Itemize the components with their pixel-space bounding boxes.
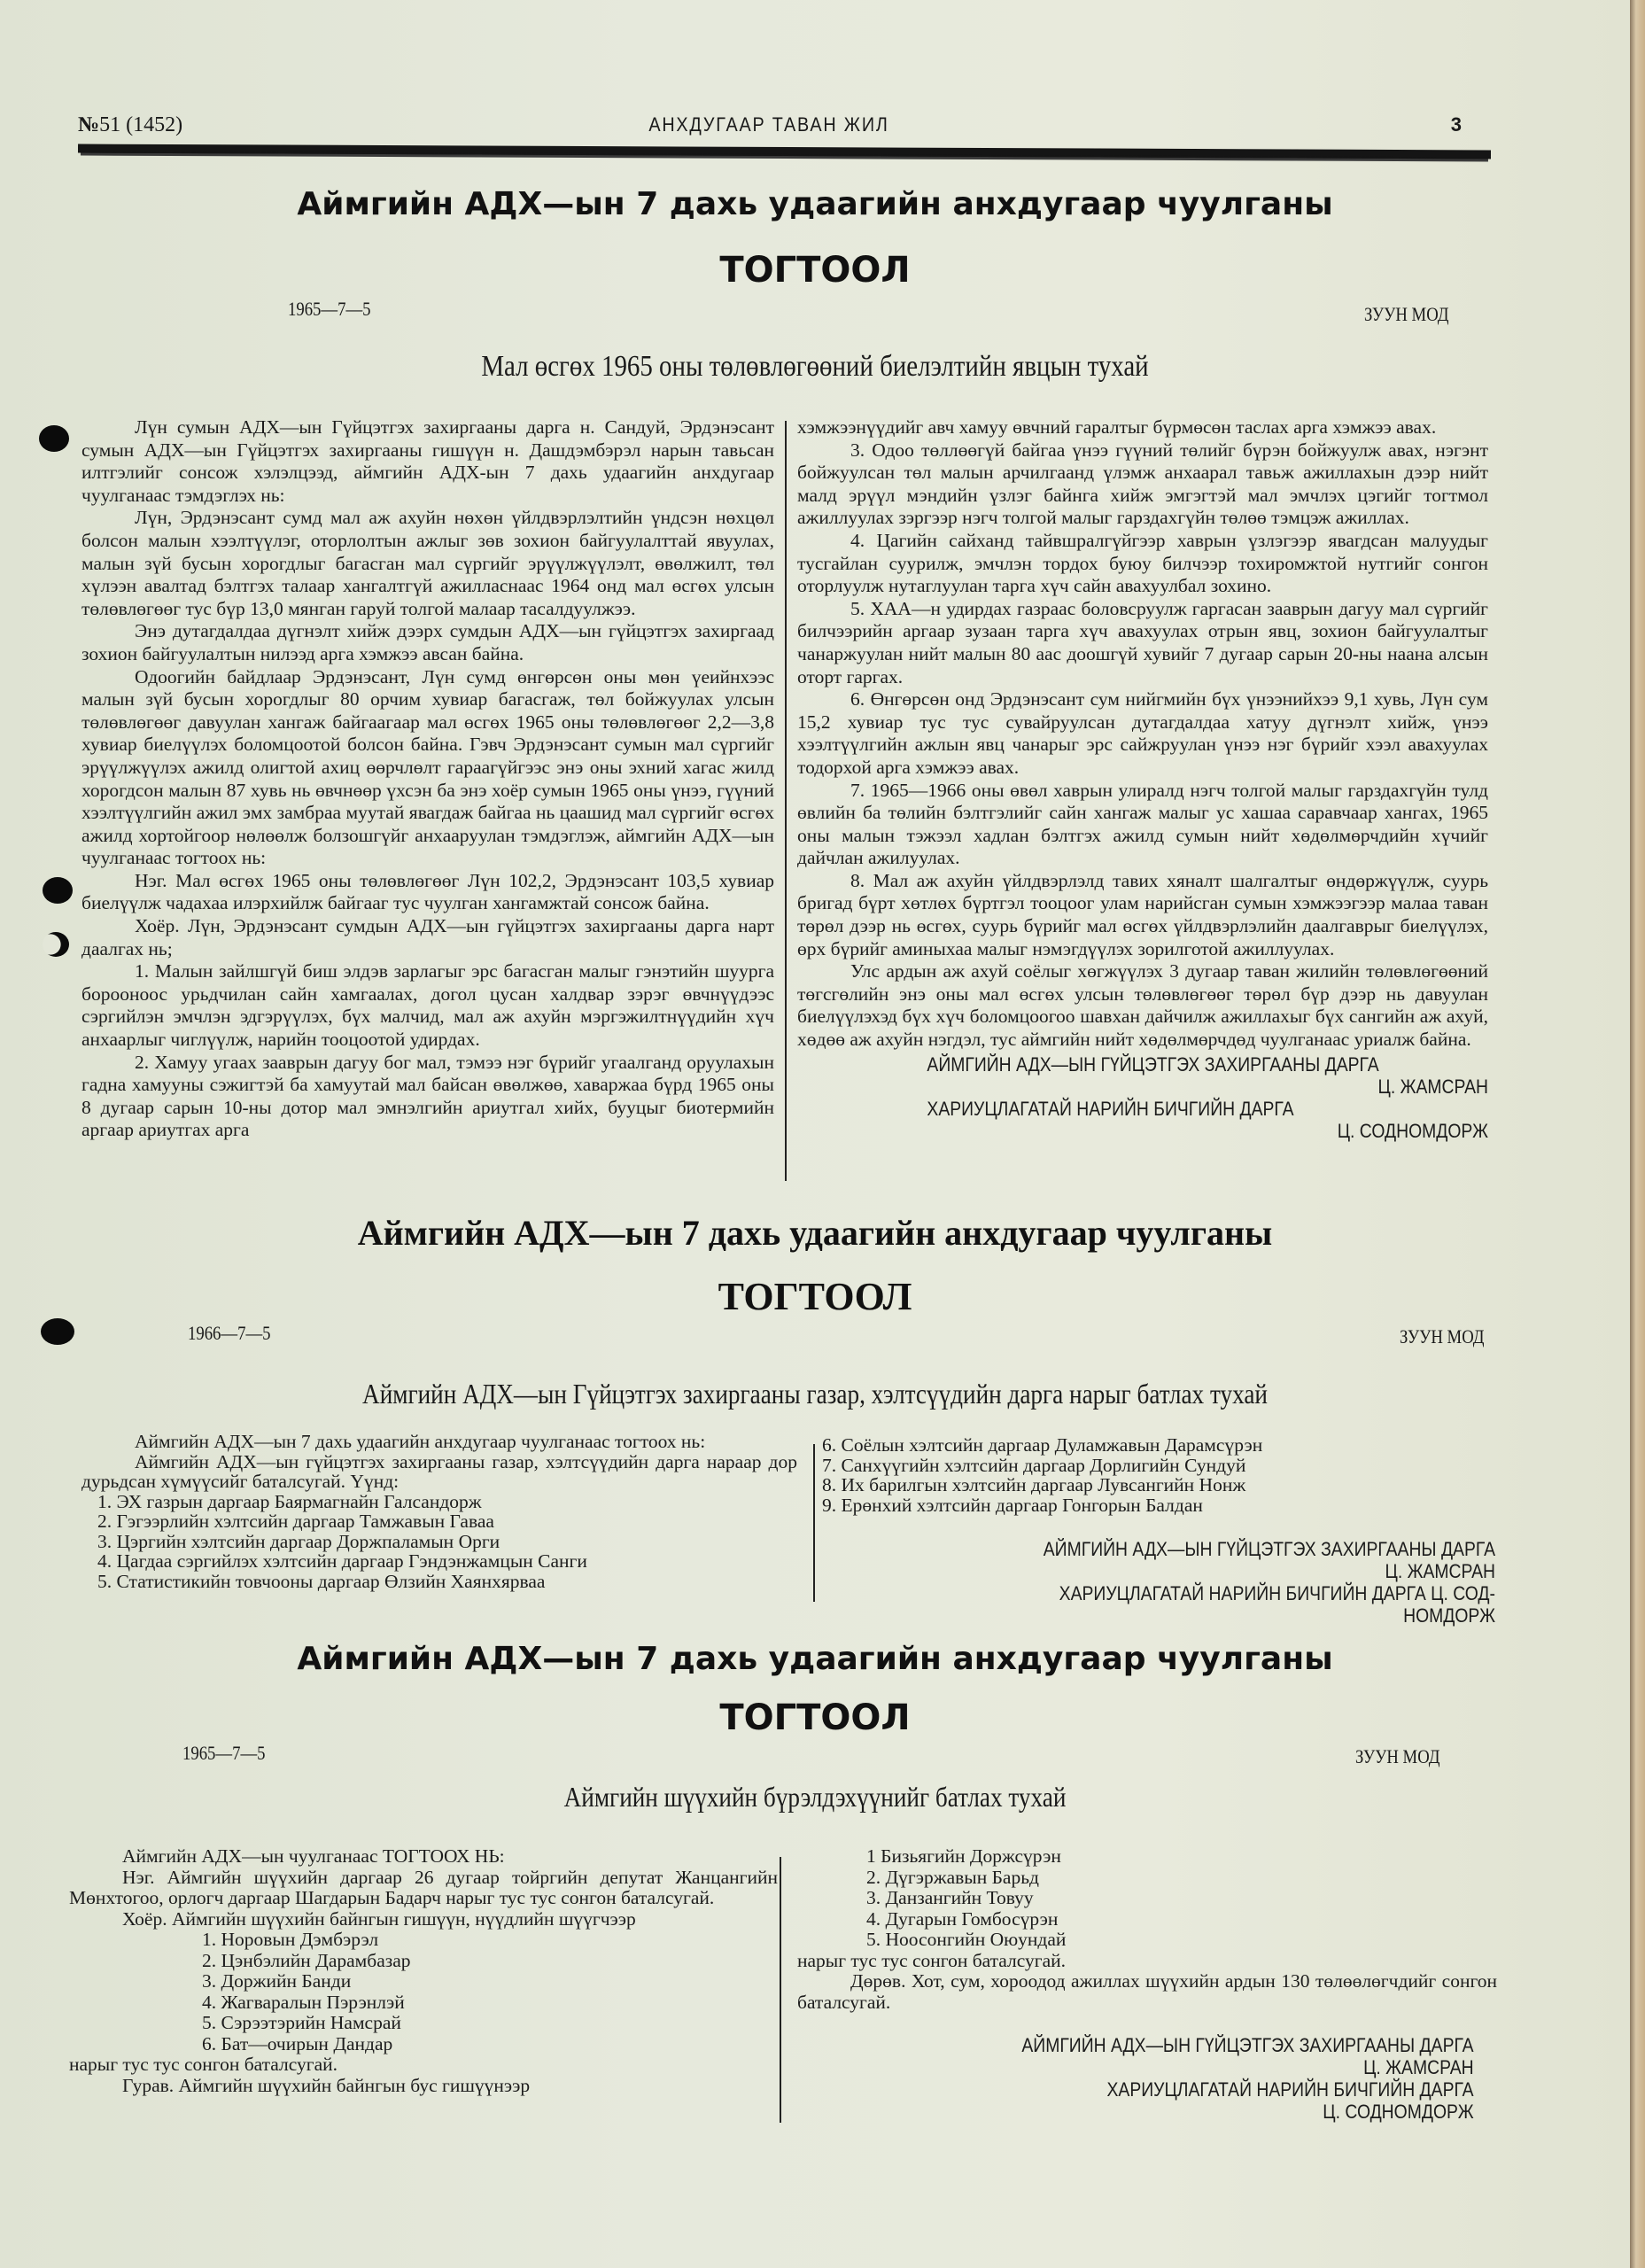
right-column: хэмжээнүүдийг авч хамуу өвчний гаралтыг … <box>797 416 1488 1142</box>
member-item: 6. Бат—очирын Дандар <box>69 2034 778 2055</box>
right-column: 6. Соёлын хэлтсийн даргаар Дуламжавын Да… <box>822 1435 1495 1627</box>
member-item: 2. Дүгэржавын Барьд <box>797 1868 1497 1889</box>
signatory-name: НОМДОРЖ <box>903 1604 1495 1627</box>
newspaper-title: АНХДУГААР ТАВАН ЖИЛ <box>147 113 1391 136</box>
paragraph: Хоёр. Лүн, Эрдэнэсант сумдын АДХ—ын гүйц… <box>81 915 774 960</box>
resolution-date: 1965—7—5 <box>288 298 371 321</box>
paragraph: Аймгийн АДХ—ын 7 дахь удаагийн анхдугаар… <box>81 1432 797 1452</box>
paragraph: Аймгийн АДХ—ын гүйцэтгэх захиргааны газа… <box>81 1452 797 1492</box>
binding-hole <box>43 877 73 904</box>
resolution-date: 1966—7—5 <box>188 1322 271 1345</box>
paragraph: Нэг. Аймгийн шүүхийн даргаар 26 дугаар т… <box>69 1868 778 1909</box>
paragraph: Гурав. Аймгийн шүүхийн байнгын бус гишүү… <box>69 2076 778 2097</box>
resolution-heading: Аймгийн АДХ—ын 7 дахь удаагийн анхдугаар… <box>0 186 1630 222</box>
paragraph: Аймгийн АДХ—ын чуулганаас ТОГТООХ НЬ: <box>69 1846 778 1868</box>
paragraph: нарыг тус тус сонгон баталсугай. <box>69 2054 778 2076</box>
resolution-type-label: ТОГТООЛ <box>0 1274 1630 1319</box>
resolution-subtitle: Мал өсгөх 1965 оны төлөвлөгөөний биелэлт… <box>122 350 1508 384</box>
left-column: Аймгийн АДХ—ын 7 дахь удаагийн анхдугаар… <box>81 1432 797 1591</box>
signatory-title: АЙМГИЙН АДХ—ЫН ГҮЙЦЭТГЭХ ЗАХИРГААНЫ ДАРГ… <box>903 1538 1495 1560</box>
resolution-heading: Аймгийн АДХ—ын 7 дахь удаагийн анхдугаар… <box>0 1212 1630 1254</box>
signatory-title: АЙМГИЙН АДХ—ЫН ГҮЙЦЭТГЭХ ЗАХИРГААНЫ ДАРГ… <box>881 2034 1474 2056</box>
paragraph: хэмжээнүүдийг авч хамуу өвчний гаралтыг … <box>797 416 1488 439</box>
paragraph: 8. Мал аж ахуйн үйлдвэрлэлд тавих хяналт… <box>797 870 1488 960</box>
appointment-item: 3. Цэргийн хэлтсийн даргаар Доржпаламын … <box>81 1532 797 1552</box>
paragraph: Нэг. Мал өсгөх 1965 оны төлөвлөгөөг Лүн … <box>81 870 774 915</box>
resolution-heading: Аймгийн АДХ—ын 7 дахь удаагийн анхдугаар… <box>0 1641 1630 1677</box>
paragraph: нарыг тус тус сонгон баталсугай. <box>797 1951 1497 1972</box>
page-edge <box>1630 0 1645 2268</box>
column-divider <box>813 1444 815 1602</box>
member-item: 4. Дугарын Гомбосүрэн <box>797 1909 1497 1930</box>
appointment-item: 2. Гэгээрлийн хэлтсийн даргаар Тамжавын … <box>81 1511 797 1532</box>
member-item: 1 Бизьягийн Доржсүрэн <box>797 1846 1497 1868</box>
member-item: 1. Норовын Дэмбэрэл <box>69 1930 778 1951</box>
resolution-date: 1965—7—5 <box>182 1742 266 1765</box>
signature-block: АЙМГИЙН АДХ—ЫН ГҮЙЦЭТГЭХ ЗАХИРГААНЫ ДАРГ… <box>903 1538 1495 1627</box>
column-divider <box>785 421 787 1181</box>
resolution-place: ЗУУН МОД <box>1355 1745 1440 1768</box>
signatory-title: АЙМГИЙН АДХ—ЫН ГҮЙЦЭТГЭХ ЗАХИРГААНЫ ДАРГ… <box>881 1053 1488 1076</box>
right-column: 1 Бизьягийн Доржсүрэн 2. Дүгэржавын Барь… <box>797 1846 1497 2123</box>
signatory-name: Ц. ЖАМСРАН <box>903 1560 1495 1582</box>
signatory-name: Ц. СОДНОМДОРЖ <box>881 2101 1474 2123</box>
paragraph: Хоёр. Аймгийн шүүхийн байнгын гишүүн, нү… <box>69 1909 778 1930</box>
masthead: №51 (1452) АНХДУГААР ТАВАН ЖИЛ 3 <box>78 113 1460 149</box>
signatory-title: ХАРИУЦЛАГАТАЙ НАРИЙН БИЧГИЙН ДАРГА <box>881 1098 1488 1120</box>
page-number: 3 <box>1451 113 1462 136</box>
paragraph: 5. ХАА—н удирдах газраас боловсруулж гар… <box>797 598 1488 688</box>
paragraph: 7. 1965—1966 оны өвөл хаврын улиралд нэг… <box>797 780 1488 870</box>
member-item: 5. Ноосонгийн Оюундай <box>797 1930 1497 1951</box>
signatory-name: Ц. ЖАМСРАН <box>881 1076 1488 1098</box>
signature-block: АЙМГИЙН АДХ—ЫН ГҮЙЦЭТГЭХ ЗАХИРГААНЫ ДАРГ… <box>881 2034 1497 2123</box>
signatory-name: Ц. ЖАМСРАН <box>881 2056 1474 2078</box>
member-item: 3. Доржийн Банди <box>69 1971 778 1992</box>
resolution-type-label: ТОГТООЛ <box>0 1697 1630 1738</box>
signature-block: АЙМГИЙН АДХ—ЫН ГҮЙЦЭТГЭХ ЗАХИРГААНЫ ДАРГ… <box>881 1053 1488 1142</box>
signatory-title: ХАРИУЦЛАГАТАЙ НАРИЙН БИЧГИЙН ДАРГА <box>881 2078 1474 2101</box>
signatory-name: Ц. СОДНОМДОРЖ <box>881 1120 1488 1142</box>
member-item: 4. Жагваралын Пэрэнлэй <box>69 1992 778 2014</box>
paragraph: 2. Хамуу угаах зааврын дагуу бог мал, тэ… <box>81 1052 774 1142</box>
paragraph: Лүн, Эрдэнэсант сумд мал аж ахуйн нөхөн … <box>81 507 774 620</box>
paragraph: 4. Цагийн сайханд тайвшралгүйгээр хаврын… <box>797 530 1488 598</box>
paragraph: Улс ардын аж ахуй соёлыг хөгжүүлэх 3 дуг… <box>797 960 1488 1051</box>
appointment-item: 7. Санхүүгийн хэлтсийн даргаар Дорлигийн… <box>822 1456 1495 1476</box>
left-column: Аймгийн АДХ—ын чуулганаас ТОГТООХ НЬ: Нэ… <box>69 1846 778 2096</box>
binding-hole <box>39 425 69 452</box>
resolution-subtitle: Аймгийн шүүхийн бүрэлдэхүүнийг батлах ту… <box>122 1781 1508 1814</box>
appointment-item: 1. ЭХ газрын даргаар Баярмагнайн Галсанд… <box>81 1492 797 1512</box>
paragraph: 3. Одоо төллөөгүй байгаа үнээ гүүний төл… <box>797 439 1488 530</box>
signatory-title: ХАРИУЦЛАГАТАЙ НАРИЙН БИЧГИЙН ДАРГА Ц. СО… <box>903 1582 1495 1604</box>
paragraph: Энэ дутагдалдаа дүгнэлт хийж дээрх сумды… <box>81 620 774 665</box>
resolution-place: ЗУУН МОД <box>1400 1325 1485 1348</box>
binding-hole <box>41 1318 74 1345</box>
resolution-type-label: ТОГТООЛ <box>0 250 1630 291</box>
appointment-item: 5. Статистикийн товчооны даргаар Өлзийн … <box>81 1572 797 1592</box>
member-item: 5. Сэрээтэрийн Намсрай <box>69 2013 778 2034</box>
left-column: Лүн сумын АДХ—ын Гүйцэтгэх захиргааны да… <box>81 416 774 1142</box>
column-divider <box>780 1857 781 2123</box>
paragraph: Одоогийн байдлаар Эрдэнэсант, Лүн сумд ө… <box>81 666 774 870</box>
member-item: 2. Цэнбэлийн Дарамбазар <box>69 1951 778 1972</box>
paragraph: 1. Малын зайлшгүй биш элдэв зарлагыг эрс… <box>81 960 774 1051</box>
paragraph: Дөрөв. Хот, сум, хороодод ажиллах шүүхий… <box>797 1971 1497 2013</box>
member-item: 3. Данзангийн Товуу <box>797 1888 1497 1909</box>
appointment-item: 6. Соёлын хэлтсийн даргаар Дуламжавын Да… <box>822 1435 1495 1456</box>
resolution-place: ЗУУН МОД <box>1364 303 1449 326</box>
resolution-subtitle: Аймгийн АДХ—ын Гүйцэтгэх захиргааны газа… <box>122 1378 1508 1410</box>
appointment-item: 9. Ерөнхий хэлтсийн даргаар Гонгорын Бал… <box>822 1495 1495 1516</box>
paragraph: 6. Өнгөрсөн онд Эрдэнэсант сум нийгмийн … <box>797 688 1488 779</box>
paragraph: Лүн сумын АДХ—ын Гүйцэтгэх захиргааны да… <box>81 416 774 507</box>
appointment-item: 8. Их барилгын хэлтсийн даргаар Лувсанги… <box>822 1475 1495 1495</box>
appointment-item: 4. Цагдаа сэргийлэх хэлтсийн даргаар Гэн… <box>81 1551 797 1572</box>
binding-hole <box>43 932 69 957</box>
